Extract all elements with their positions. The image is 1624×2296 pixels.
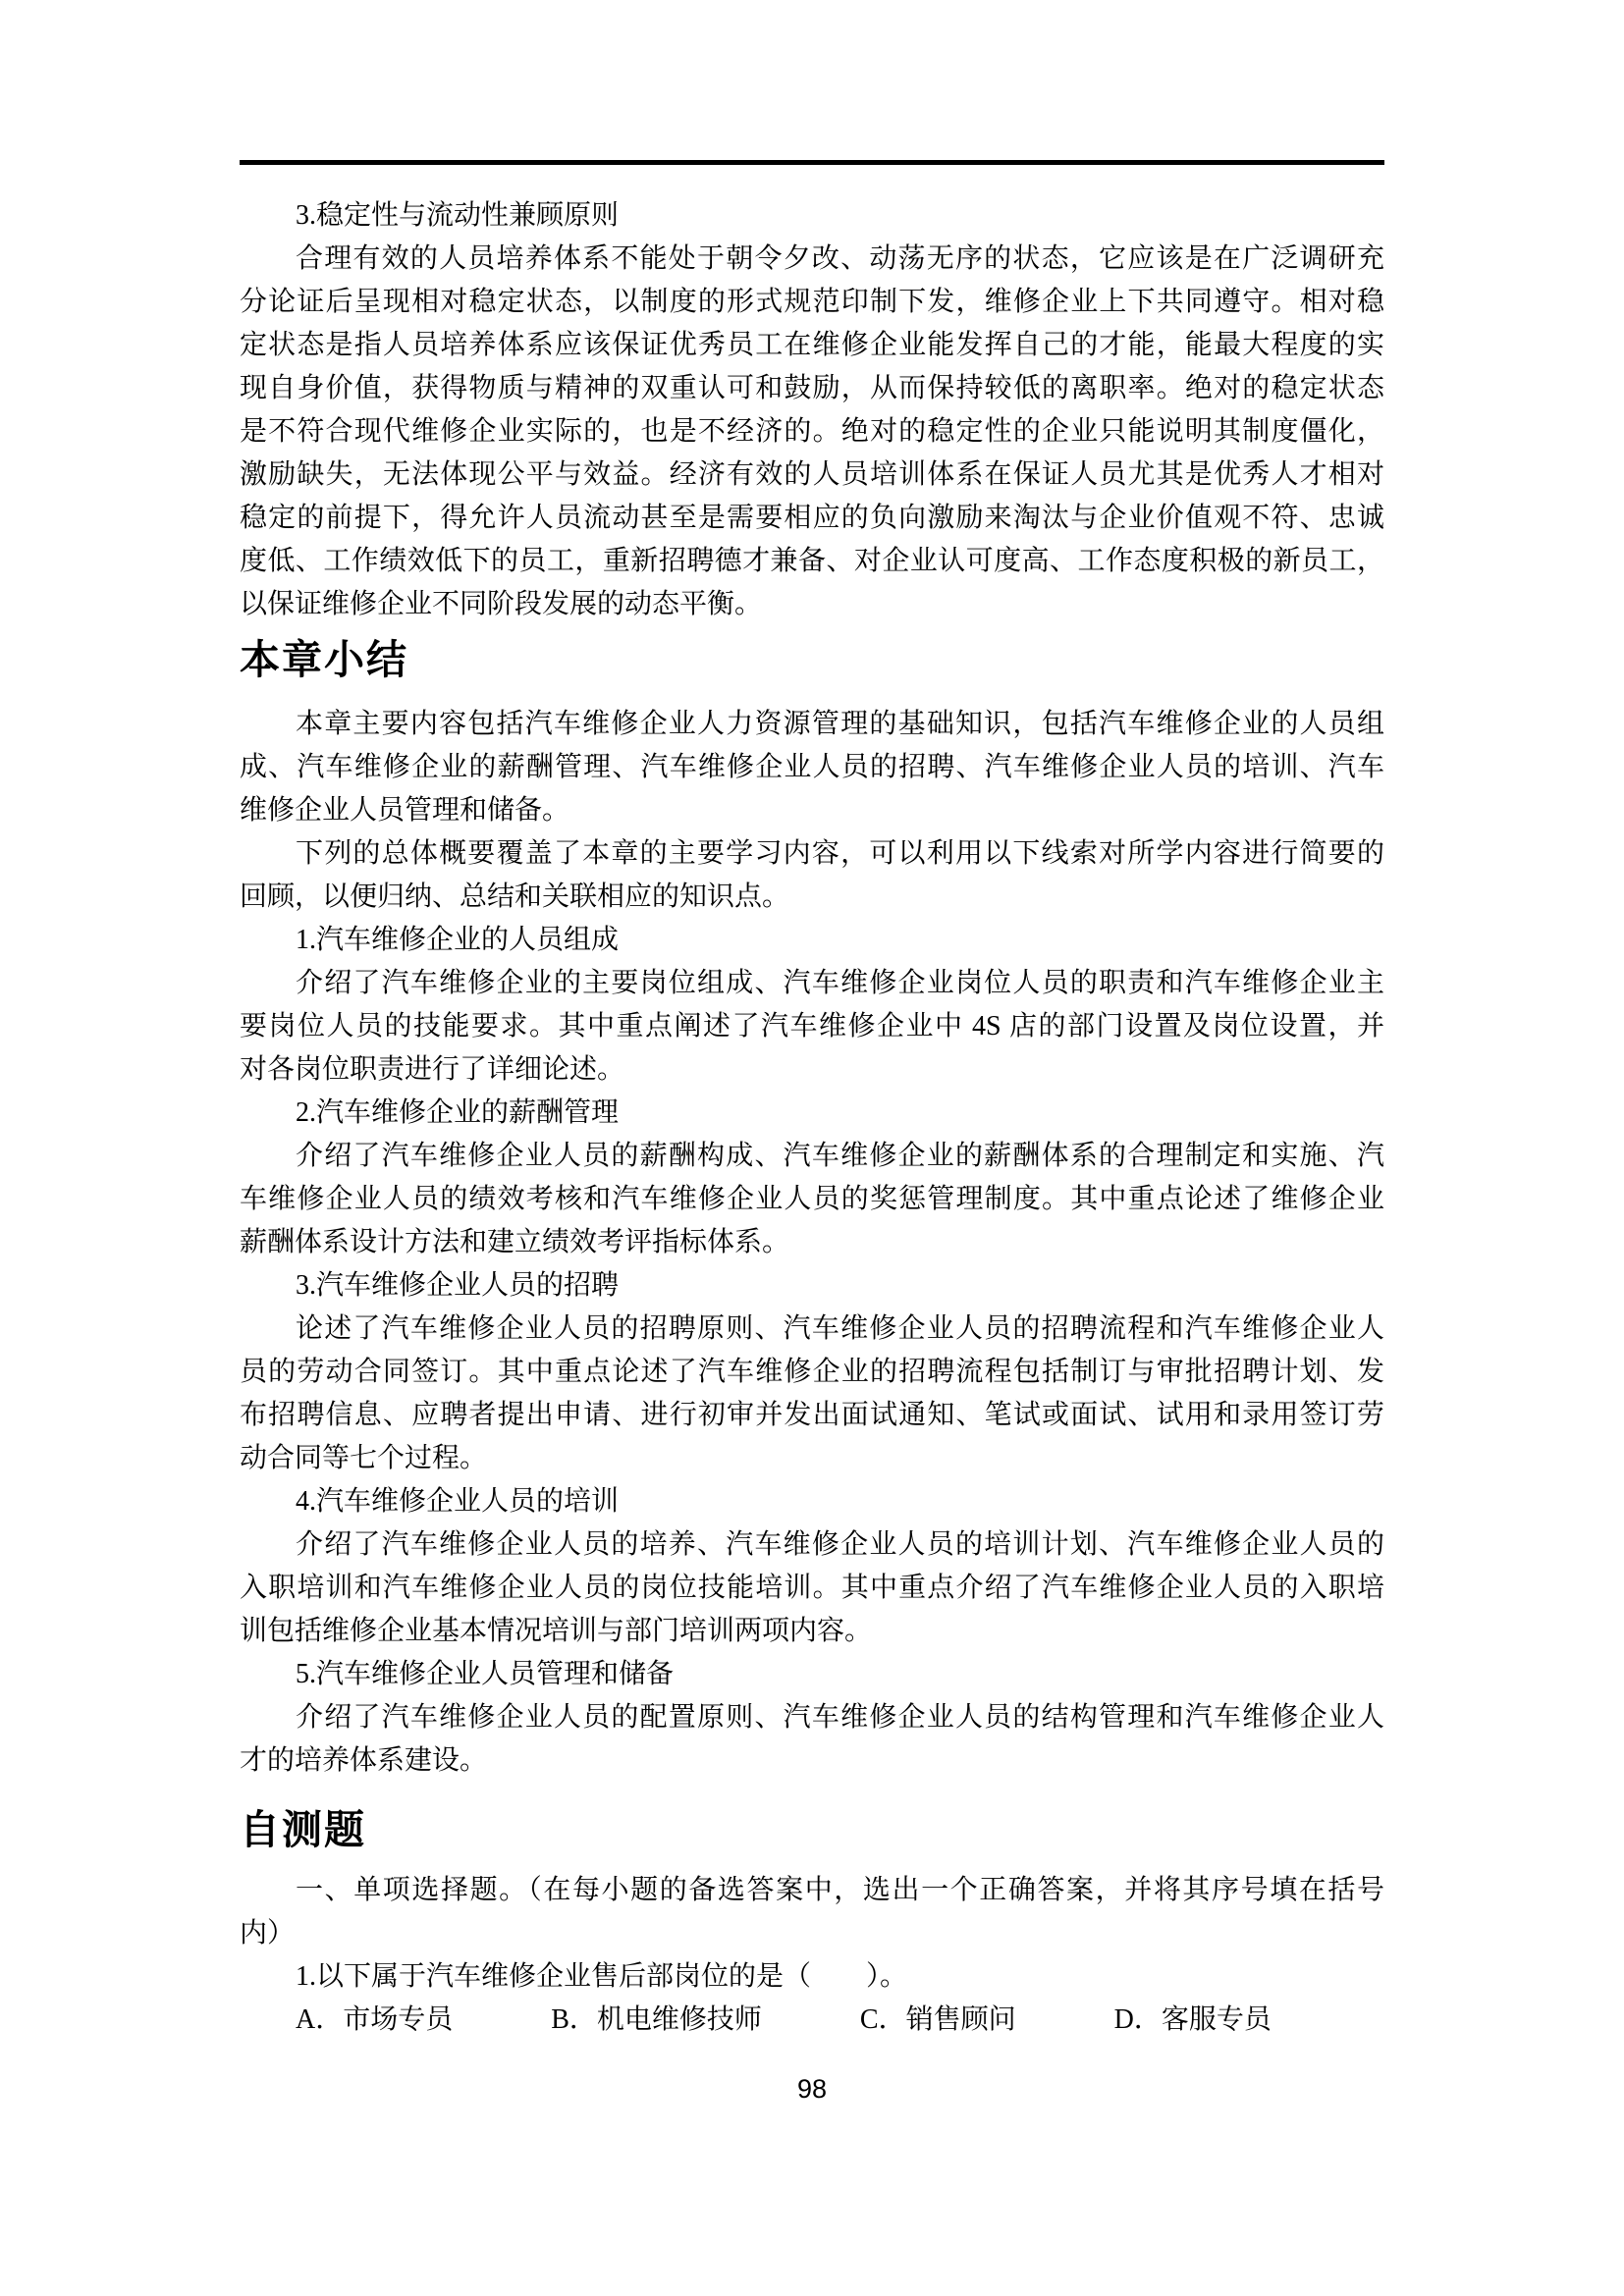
text-line: 以保证维修企业不同阶段发展的动态平衡。 xyxy=(240,583,1384,626)
text-line: 布招聘信息、应聘者提出申请、进行初审并发出面试通知、笔试或面试、试用和录用签订劳 xyxy=(240,1394,1384,1437)
text-line: 分论证后呈现相对稳定状态，以制度的形式规范印制下发，维修企业上下共同遵守。相对稳 xyxy=(240,281,1384,324)
text-line: 5.汽车维修企业人员管理和储备 xyxy=(240,1653,1384,1696)
principle-paragraph: 3.稳定性与流动性兼顾原则合理有效的人员培养体系不能处于朝令夕改、动荡无序的状态… xyxy=(240,194,1384,626)
text-line: 定状态是指人员培养体系应该保证优秀员工在维修企业能发挥自己的才能，能最大程度的实 xyxy=(240,324,1384,367)
text-line: 下列的总体概要覆盖了本章的主要学习内容，可以利用以下线索对所学内容进行简要的 xyxy=(240,832,1384,876)
text-line: 内） xyxy=(240,1912,1384,1955)
answer-option-d: D．客服专员 xyxy=(1114,2004,1272,2035)
text-line: 要岗位人员的技能要求。其中重点阐述了汽车维修企业中 4S 店的部门设置及岗位设置… xyxy=(240,1005,1384,1048)
text-line: 现自身价值，获得物质与精神的双重认可和鼓励，从而保持较低的离职率。绝对的稳定状态 xyxy=(240,367,1384,410)
answer-options-row: A．市场专员B．机电维修技师C．销售顾问D．客服专员 xyxy=(240,1999,1384,2042)
text-line: 薪酬体系设计方法和建立绩效考评指标体系。 xyxy=(240,1221,1384,1264)
text-line: 成、汽车维修企业的薪酬管理、汽车维修企业人员的招聘、汽车维修企业人员的培训、汽车 xyxy=(240,746,1384,789)
text-line: 度低、工作绩效低下的员工，重新招聘德才兼备、对企业认可度高、工作态度积极的新员工… xyxy=(240,540,1384,583)
text-line: 动合同等七个过程。 xyxy=(240,1437,1384,1480)
text-line: 员的劳动合同签订。其中重点论述了汽车维修企业的招聘流程包括制订与审批招聘计划、发 xyxy=(240,1351,1384,1394)
text-line: 介绍了汽车维修企业人员的配置原则、汽车维修企业人员的结构管理和汽车维修企业人 xyxy=(240,1696,1384,1739)
answer-option-a: A．市场专员 xyxy=(296,2004,453,2035)
text-line: 1.以下属于汽车维修企业售后部岗位的是（ ）。 xyxy=(240,1955,1384,1999)
text-line: 入职培训和汽车维修企业人员的岗位技能培训。其中重点介绍了汽车维修企业人员的入职培 xyxy=(240,1567,1384,1610)
text-line: 才的培养体系建设。 xyxy=(240,1739,1384,1783)
self-test-body: 一、单项选择题。（在每小题的备选答案中，选出一个正确答案，并将其序号填在括号内）… xyxy=(240,1869,1384,1999)
text-line: 对各岗位职责进行了详细论述。 xyxy=(240,1048,1384,1092)
text-line: 本章主要内容包括汽车维修企业人力资源管理的基础知识，包括汽车维修企业的人员组 xyxy=(240,703,1384,746)
text-line: 介绍了汽车维修企业的主要岗位组成、汽车维修企业岗位人员的职责和汽车维修企业主 xyxy=(240,962,1384,1005)
text-line: 1.汽车维修企业的人员组成 xyxy=(240,919,1384,962)
text-line: 是不符合现代维修企业实际的，也是不经济的。绝对的稳定性的企业只能说明其制度僵化， xyxy=(240,410,1384,454)
text-line: 车维修企业人员的绩效考核和汽车维修企业人员的奖惩管理制度。其中重点论述了维修企业 xyxy=(240,1178,1384,1221)
chapter-summary-heading: 本章小结 xyxy=(240,636,1384,683)
document-page: 3.稳定性与流动性兼顾原则合理有效的人员培养体系不能处于朝令夕改、动荡无序的状态… xyxy=(0,0,1624,2296)
text-line: 3.汽车维修企业人员的招聘 xyxy=(240,1264,1384,1308)
text-line: 合理有效的人员培养体系不能处于朝令夕改、动荡无序的状态，它应该是在广泛调研充 xyxy=(240,238,1384,281)
text-line: 介绍了汽车维修企业人员的培养、汽车维修企业人员的培训计划、汽车维修企业人员的 xyxy=(240,1523,1384,1567)
answer-option-c: C．销售顾问 xyxy=(860,2004,1016,2035)
self-test-heading: 自测题 xyxy=(240,1806,1384,1853)
text-line: 一、单项选择题。（在每小题的备选答案中，选出一个正确答案，并将其序号填在括号 xyxy=(240,1869,1384,1912)
text-line: 训包括维修企业基本情况培训与部门培训两项内容。 xyxy=(240,1610,1384,1653)
text-line: 激励缺失，无法体现公平与效益。经济有效的人员培训体系在保证人员尤其是优秀人才相对 xyxy=(240,454,1384,497)
answer-option-b: B．机电维修技师 xyxy=(551,2004,762,2035)
text-line: 4.汽车维修企业人员的培训 xyxy=(240,1480,1384,1523)
header-rule xyxy=(240,160,1384,165)
text-line: 回顾，以便归纳、总结和关联相应的知识点。 xyxy=(240,876,1384,919)
chapter-summary-body: 本章主要内容包括汽车维修企业人力资源管理的基础知识，包括汽车维修企业的人员组成、… xyxy=(240,703,1384,1783)
text-line: 介绍了汽车维修企业人员的薪酬构成、汽车维修企业的薪酬体系的合理制定和实施、汽 xyxy=(240,1135,1384,1178)
text-line: 论述了汽车维修企业人员的招聘原则、汽车维修企业人员的招聘流程和汽车维修企业人 xyxy=(240,1308,1384,1351)
text-line: 3.稳定性与流动性兼顾原则 xyxy=(240,194,1384,238)
text-line: 维修企业人员管理和储备。 xyxy=(240,789,1384,832)
page-number: 98 xyxy=(0,2069,1624,2109)
text-line: 2.汽车维修企业的薪酬管理 xyxy=(240,1092,1384,1135)
text-line: 稳定的前提下，得允许人员流动甚至是需要相应的负向激励来淘汰与企业价值观不符、忠诚 xyxy=(240,497,1384,540)
